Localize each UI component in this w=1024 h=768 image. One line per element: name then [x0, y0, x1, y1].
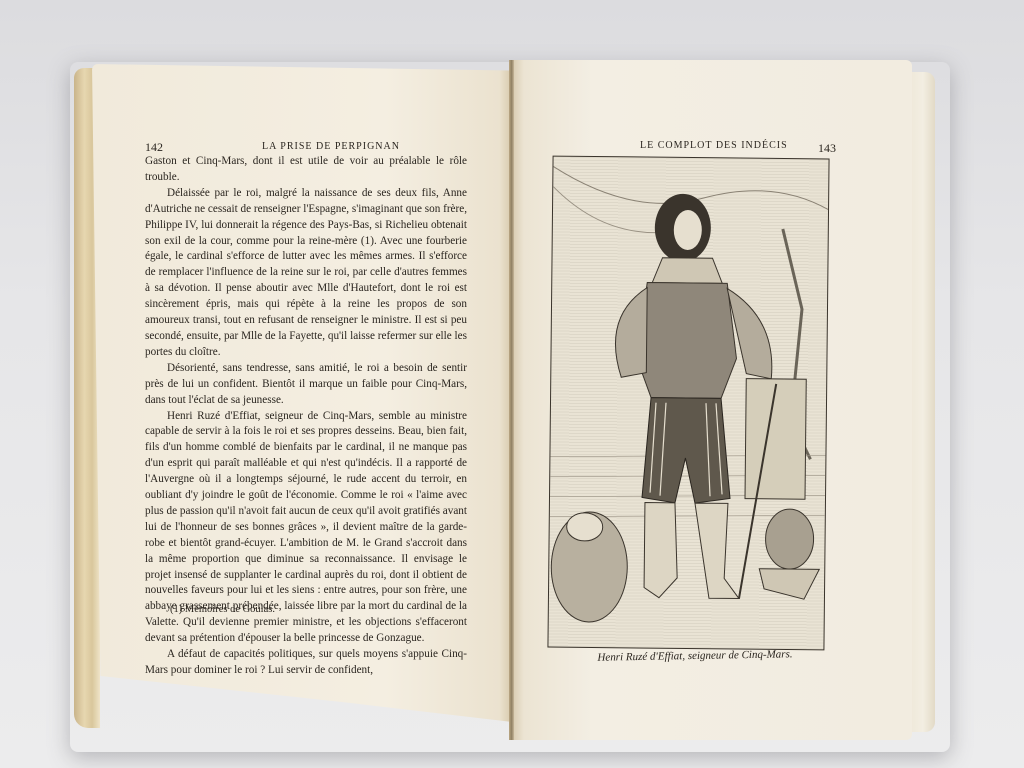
- paragraph: Délaissée par le roi, malgré la naissanc…: [145, 186, 467, 361]
- right-running-head: LE COMPLOT DES INDÉCIS: [640, 140, 788, 151]
- footnote: (1) Mémoires de Goulas.: [170, 604, 275, 615]
- portrait-illustration: [547, 156, 829, 651]
- engraving-figure-icon: [548, 157, 828, 650]
- left-running-head: LA PRISE DE PERPIGNAN: [262, 141, 400, 152]
- right-page-number: 143: [818, 141, 836, 156]
- left-page-number: 142: [145, 140, 163, 155]
- paragraph: A défaut de capacités politiques, sur qu…: [145, 647, 467, 679]
- book-gutter: [509, 60, 514, 740]
- left-page-body: Gaston et Cinq-Mars, dont il est utile d…: [145, 154, 467, 679]
- paragraph: Gaston et Cinq-Mars, dont il est utile d…: [145, 154, 467, 186]
- paragraph: Désorienté, sans tendresse, sans amitié,…: [145, 361, 467, 409]
